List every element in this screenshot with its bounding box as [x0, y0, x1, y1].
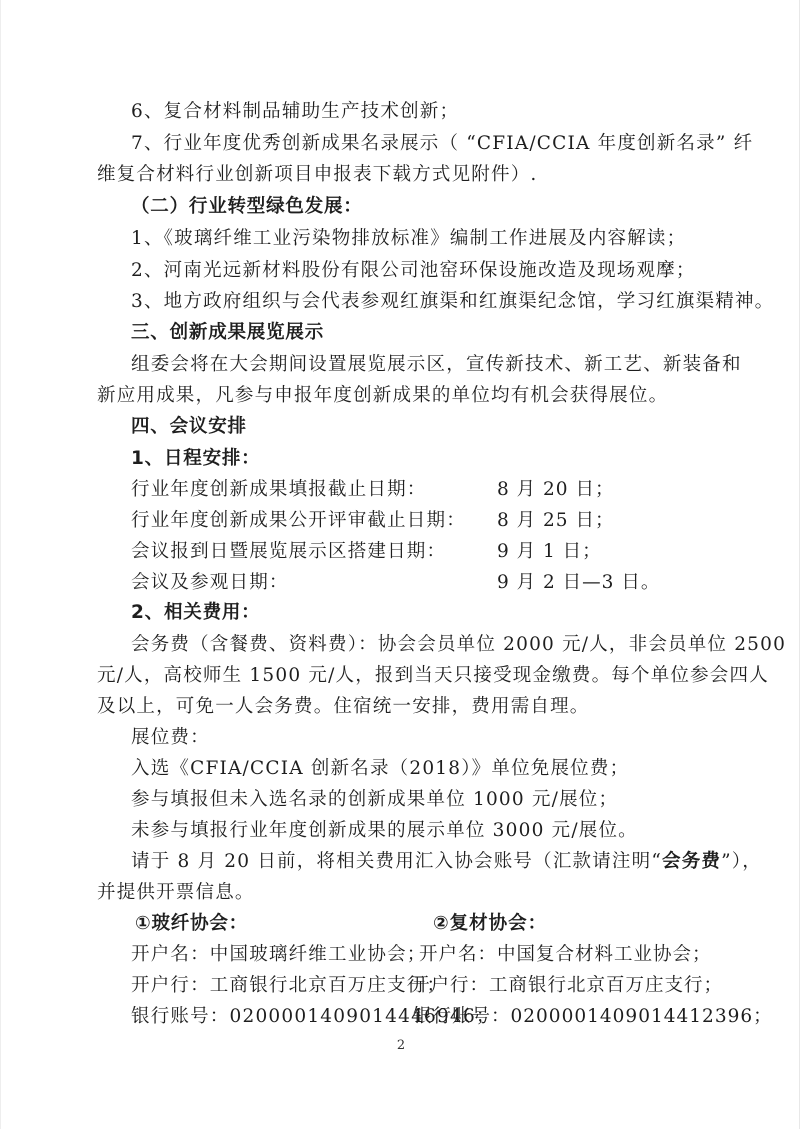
section-heading-green-development: （二）行业转型绿色发展：	[131, 192, 363, 222]
booth-fee-item-1: 入选《CFIA/CCIA 创新名录（2018）》单位免展位费；	[131, 754, 629, 784]
remittance-line2: 并提供开票信息。	[97, 878, 255, 908]
schedule-label: 会议报到日暨展览展示区搭建日期：	[131, 537, 446, 567]
green-item-1: 1、《玻璃纤维工业污染物排放标准》编制工作进展及内容解读；	[131, 224, 686, 254]
green-item-2: 2、河南光远新材料股份有限公司池窑环保设施改造及现场观摩；	[131, 256, 696, 286]
schedule-date: 9 月 2 日—3 日。	[497, 568, 660, 598]
account-name: 开户名：中国复合材料工业协会；	[419, 940, 712, 970]
fees-paragraph-line3: 及以上，可免一人会务费。住宿统一安排，费用需自理。	[97, 692, 590, 722]
account-heading: ②复材协会：	[433, 909, 547, 939]
account-name: 开户名：中国玻璃纤维工业协会；	[131, 940, 427, 970]
remittance-emphasis: 会务费	[662, 851, 721, 872]
schedule-label: 行业年度创新成果填报截止日期：	[131, 475, 427, 505]
account-heading: ①玻纤协会：	[135, 909, 248, 939]
green-item-3: 3、地方政府组织与会代表参观红旗渠和红旗渠纪念馆，学习红旗渠精神。	[131, 287, 774, 317]
schedule-date: 8 月 20 日；	[497, 475, 614, 505]
list-item-7-line2: 维复合材料行业创新项目申报表下载方式见附件）.	[97, 160, 537, 190]
account-bank: 开户行：工商银行北京百万庄支行；	[131, 971, 446, 1001]
list-item-6: 6、复合材料制品辅助生产技术创新；	[131, 97, 459, 127]
booth-fee-item-2: 参与填报但未入选名录的创新成果单位 1000 元/展位；	[131, 785, 618, 815]
part3-paragraph-line1: 组委会将在大会期间设置展览展示区，宣传新技术、新工艺、新装备和	[131, 350, 742, 380]
part4-heading: 四、会议安排	[131, 412, 247, 442]
document-page: 6、复合材料制品辅助生产技术创新； 7、行业年度优秀创新成果名录展示（ “CFI…	[0, 0, 800, 1129]
schedule-date: 9 月 1 日；	[497, 537, 602, 567]
remittance-line1: 请于 8 月 20 日前，将相关费用汇入协会账号（汇款请注明“会务费”），	[131, 847, 762, 877]
fees-paragraph-line2: 元/人，高校师生 1500 元/人，报到当天只接受现金缴费。每个单位参会四人	[97, 661, 769, 691]
schedule-label: 行业年度创新成果公开评审截止日期：	[131, 506, 466, 536]
booth-fee-heading: 展位费：	[131, 723, 210, 753]
remittance-text-post: ”），	[721, 851, 762, 872]
schedule-date: 8 月 25 日；	[497, 506, 614, 536]
account-bank: 开户行：工商银行北京百万庄支行；	[411, 971, 723, 1001]
fees-paragraph-line1: 会务费（含餐费、资料费）：协会会员单位 2000 元/人，非会员单位 2500	[131, 630, 786, 660]
remittance-text-pre: 请于 8 月 20 日前，将相关费用汇入协会账号（汇款请注明“	[131, 851, 662, 872]
part3-heading: 三、创新成果展览展示	[131, 318, 324, 348]
account-number: 银行账号：0200001409014412396；	[413, 1002, 773, 1032]
part3-paragraph-line2: 新应用成果，凡参与申报年度创新成果的单位均有机会获得展位。	[97, 381, 668, 411]
booth-fee-item-3: 未参与填报行业年度创新成果的展示单位 3000 元/展位。	[131, 816, 638, 846]
fees-heading: 2、相关费用：	[131, 598, 260, 628]
page-number: 2	[1, 1038, 800, 1053]
schedule-heading: 1、日程安排：	[131, 444, 260, 474]
schedule-label: 会议及参观日期：	[131, 568, 289, 598]
list-item-7-line1: 7、行业年度优秀创新成果名录展示（ “CFIA/CCIA 年度创新名录” 纤	[131, 129, 753, 159]
